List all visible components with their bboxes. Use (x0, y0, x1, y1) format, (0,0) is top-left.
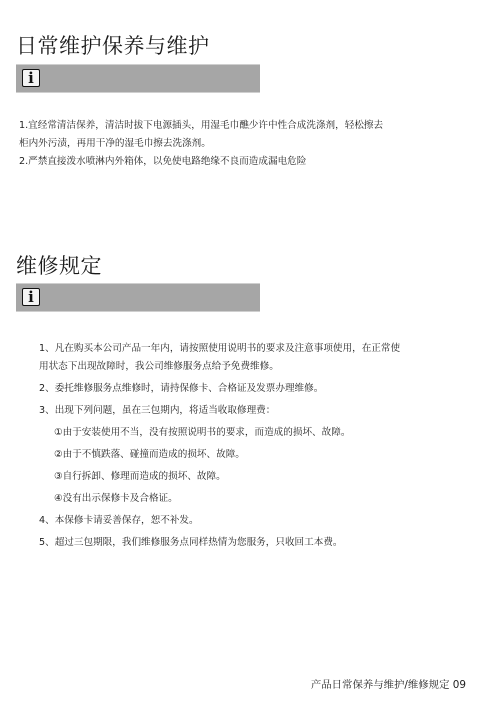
info-bar-repair-policy: i (16, 283, 260, 312)
repair-item-1-line-2: 用状态下出现故障时，我公司维修服务点给予免费维修。 (39, 358, 279, 376)
repair-item-2: 2、委托维修服务点维修时，请持保修卡、合格证及发票办理维修。 (39, 380, 323, 398)
section-title-repair-policy: 维修规定 (16, 250, 102, 280)
repair-subitem-3: ③自行拆卸、修理而造成的损坏、故障。 (54, 468, 226, 486)
repair-item-4: 4、本保修卡请妥善保存，恕不补发。 (39, 512, 199, 530)
repair-subitem-1: ①由于安装使用不当，没有按照说明书的要求，而造成的损坏、故障。 (54, 424, 350, 442)
repair-subitem-2: ②由于不慎跌落、碰撞而造成的损坏、故障。 (54, 446, 245, 464)
repair-item-5: 5、超过三包期限，我们维修服务点同样热情为您服务，只收回工本费。 (39, 534, 343, 552)
repair-subitem-4: ④没有出示保修卡及合格证。 (54, 490, 178, 508)
info-icon: i (22, 288, 40, 306)
info-bar-maintenance: i (16, 64, 260, 93)
section-title-maintenance: 日常维护保养与维护 (16, 30, 210, 60)
maintenance-line-1: 1.宜经常清洁保养，清洁时拔下电源插头，用湿毛巾醮少许中性合成洗涤剂，轻松擦去 (19, 117, 383, 135)
page-footer: 产品日常保养与维护/维修规定 09 (311, 676, 466, 691)
maintenance-line-3: 2.严禁直接泼水喷淋内外箱体，以免使电路绝缘不良而造成漏电危险 (19, 153, 306, 171)
repair-item-3: 3、出现下列问题，虽在三包期内，将适当收取修理费： (39, 402, 275, 420)
info-icon: i (22, 69, 40, 87)
repair-item-1-line-1: 1、凡在购买本公司产品一年内，请按照使用说明书的要求及注意事项使用，在正常使 (39, 340, 400, 358)
maintenance-line-2: 柜内外污渍，再用干净的湿毛巾擦去洗涤剂。 (19, 135, 211, 153)
